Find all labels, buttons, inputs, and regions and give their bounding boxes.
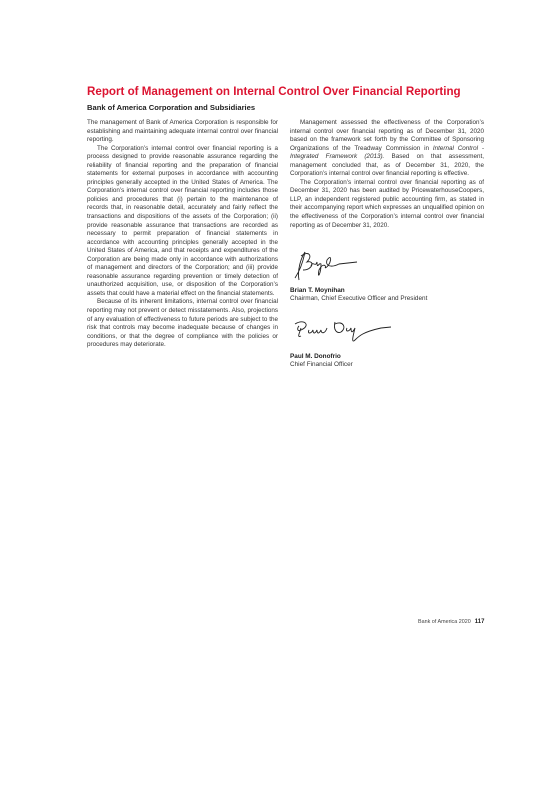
page-subtitle: Bank of America Corporation and Subsidia… [87, 103, 255, 112]
signature-donofrio-icon [291, 318, 401, 353]
paragraph: The management of Bank of America Corpor… [87, 119, 278, 145]
left-column: The management of Bank of America Corpor… [87, 119, 278, 350]
page-title: Report of Management on Internal Control… [87, 85, 461, 98]
page-footer: Bank of America 2020117 [418, 619, 484, 625]
paragraph: The Corporation’s internal control over … [87, 145, 278, 299]
signature-moynihan-icon [291, 248, 363, 287]
footer-label: Bank of America 2020 [418, 619, 471, 625]
paragraph-assessment: Management assessed the effectiveness of… [290, 119, 484, 179]
signatory-title: Chief Financial Officer [290, 361, 353, 368]
signatory-name: Paul M. Donofrio [290, 353, 341, 360]
paragraph: Because of its inherent limitations, int… [87, 298, 278, 349]
signatory-title: Chairman, Chief Executive Officer and Pr… [290, 295, 427, 302]
page-number: 117 [475, 619, 485, 625]
paragraph-audit: The Corporation’s internal control over … [290, 179, 484, 230]
right-column: Management assessed the effectiveness of… [290, 119, 484, 230]
signatory-name: Brian T. Moynihan [290, 287, 345, 294]
